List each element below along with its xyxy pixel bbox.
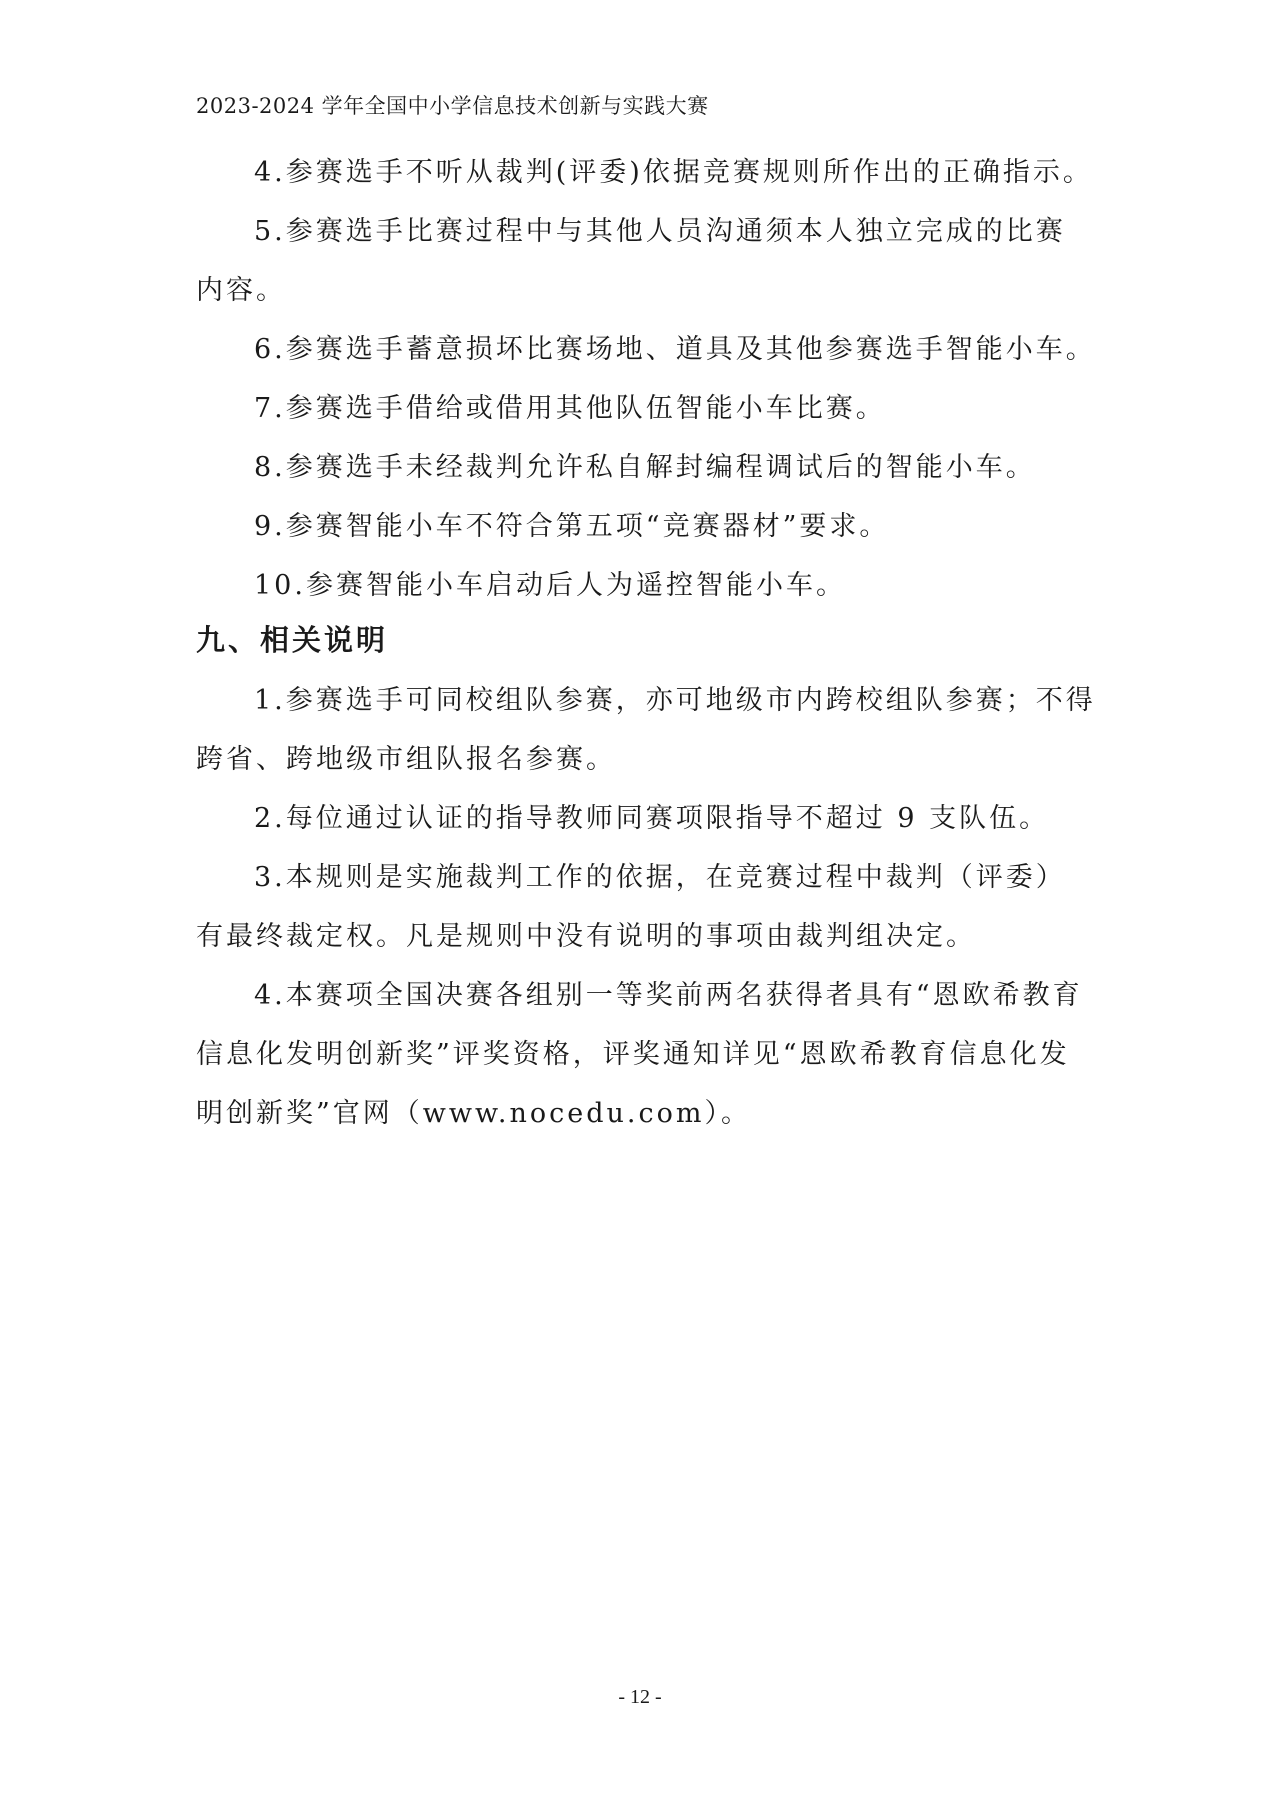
violation-item-5: 5.参赛选手比赛过程中与其他人员沟通须本人独立完成的比赛 [254, 209, 1154, 248]
note-item-4-cont1: 信息化发明创新奖”评奖资格，评奖通知详见“恩欧希教育信息化发 [196, 1032, 1096, 1071]
note-item-3: 3.本规则是实施裁判工作的依据，在竞赛过程中裁判（评委） [254, 855, 1154, 894]
violation-item-5-cont: 内容。 [196, 268, 1096, 307]
violation-item-6: 6.参赛选手蓄意损坏比赛场地、道具及其他参赛选手智能小车。 [254, 327, 1154, 366]
note-item-2: 2.每位通过认证的指导教师同赛项限指导不超过 9 支队伍。 [254, 796, 1154, 835]
note-item-3-cont: 有最终裁定权。凡是规则中没有说明的事项由裁判组决定。 [196, 914, 1096, 953]
violation-item-9: 9.参赛智能小车不符合第五项“竞赛器材”要求。 [254, 504, 1154, 543]
violation-item-7: 7.参赛选手借给或借用其他队伍智能小车比赛。 [254, 386, 1154, 425]
note-item-1: 1.参赛选手可同校组队参赛，亦可地级市内跨校组队参赛；不得 [254, 678, 1154, 717]
page-header: 2023-2024 学年全国中小学信息技术创新与实践大赛 [196, 90, 709, 120]
note-item-4-cont2: 明创新奖”官网（www.nocedu.com）。 [196, 1091, 1096, 1130]
page-number: - 12 - [0, 1686, 1280, 1709]
violation-item-10: 10.参赛智能小车启动后人为遥控智能小车。 [254, 563, 1154, 602]
note-item-1-cont: 跨省、跨地级市组队报名参赛。 [196, 737, 1096, 776]
violation-item-8: 8.参赛选手未经裁判允许私自解封编程调试后的智能小车。 [254, 445, 1154, 484]
section-heading: 九、相关说明 [196, 618, 388, 659]
violation-item-4: 4.参赛选手不听从裁判(评委)依据竞赛规则所作出的正确指示。 [254, 150, 1154, 189]
note-item-4: 4.本赛项全国决赛各组别一等奖前两名获得者具有“恩欧希教育 [254, 973, 1154, 1012]
